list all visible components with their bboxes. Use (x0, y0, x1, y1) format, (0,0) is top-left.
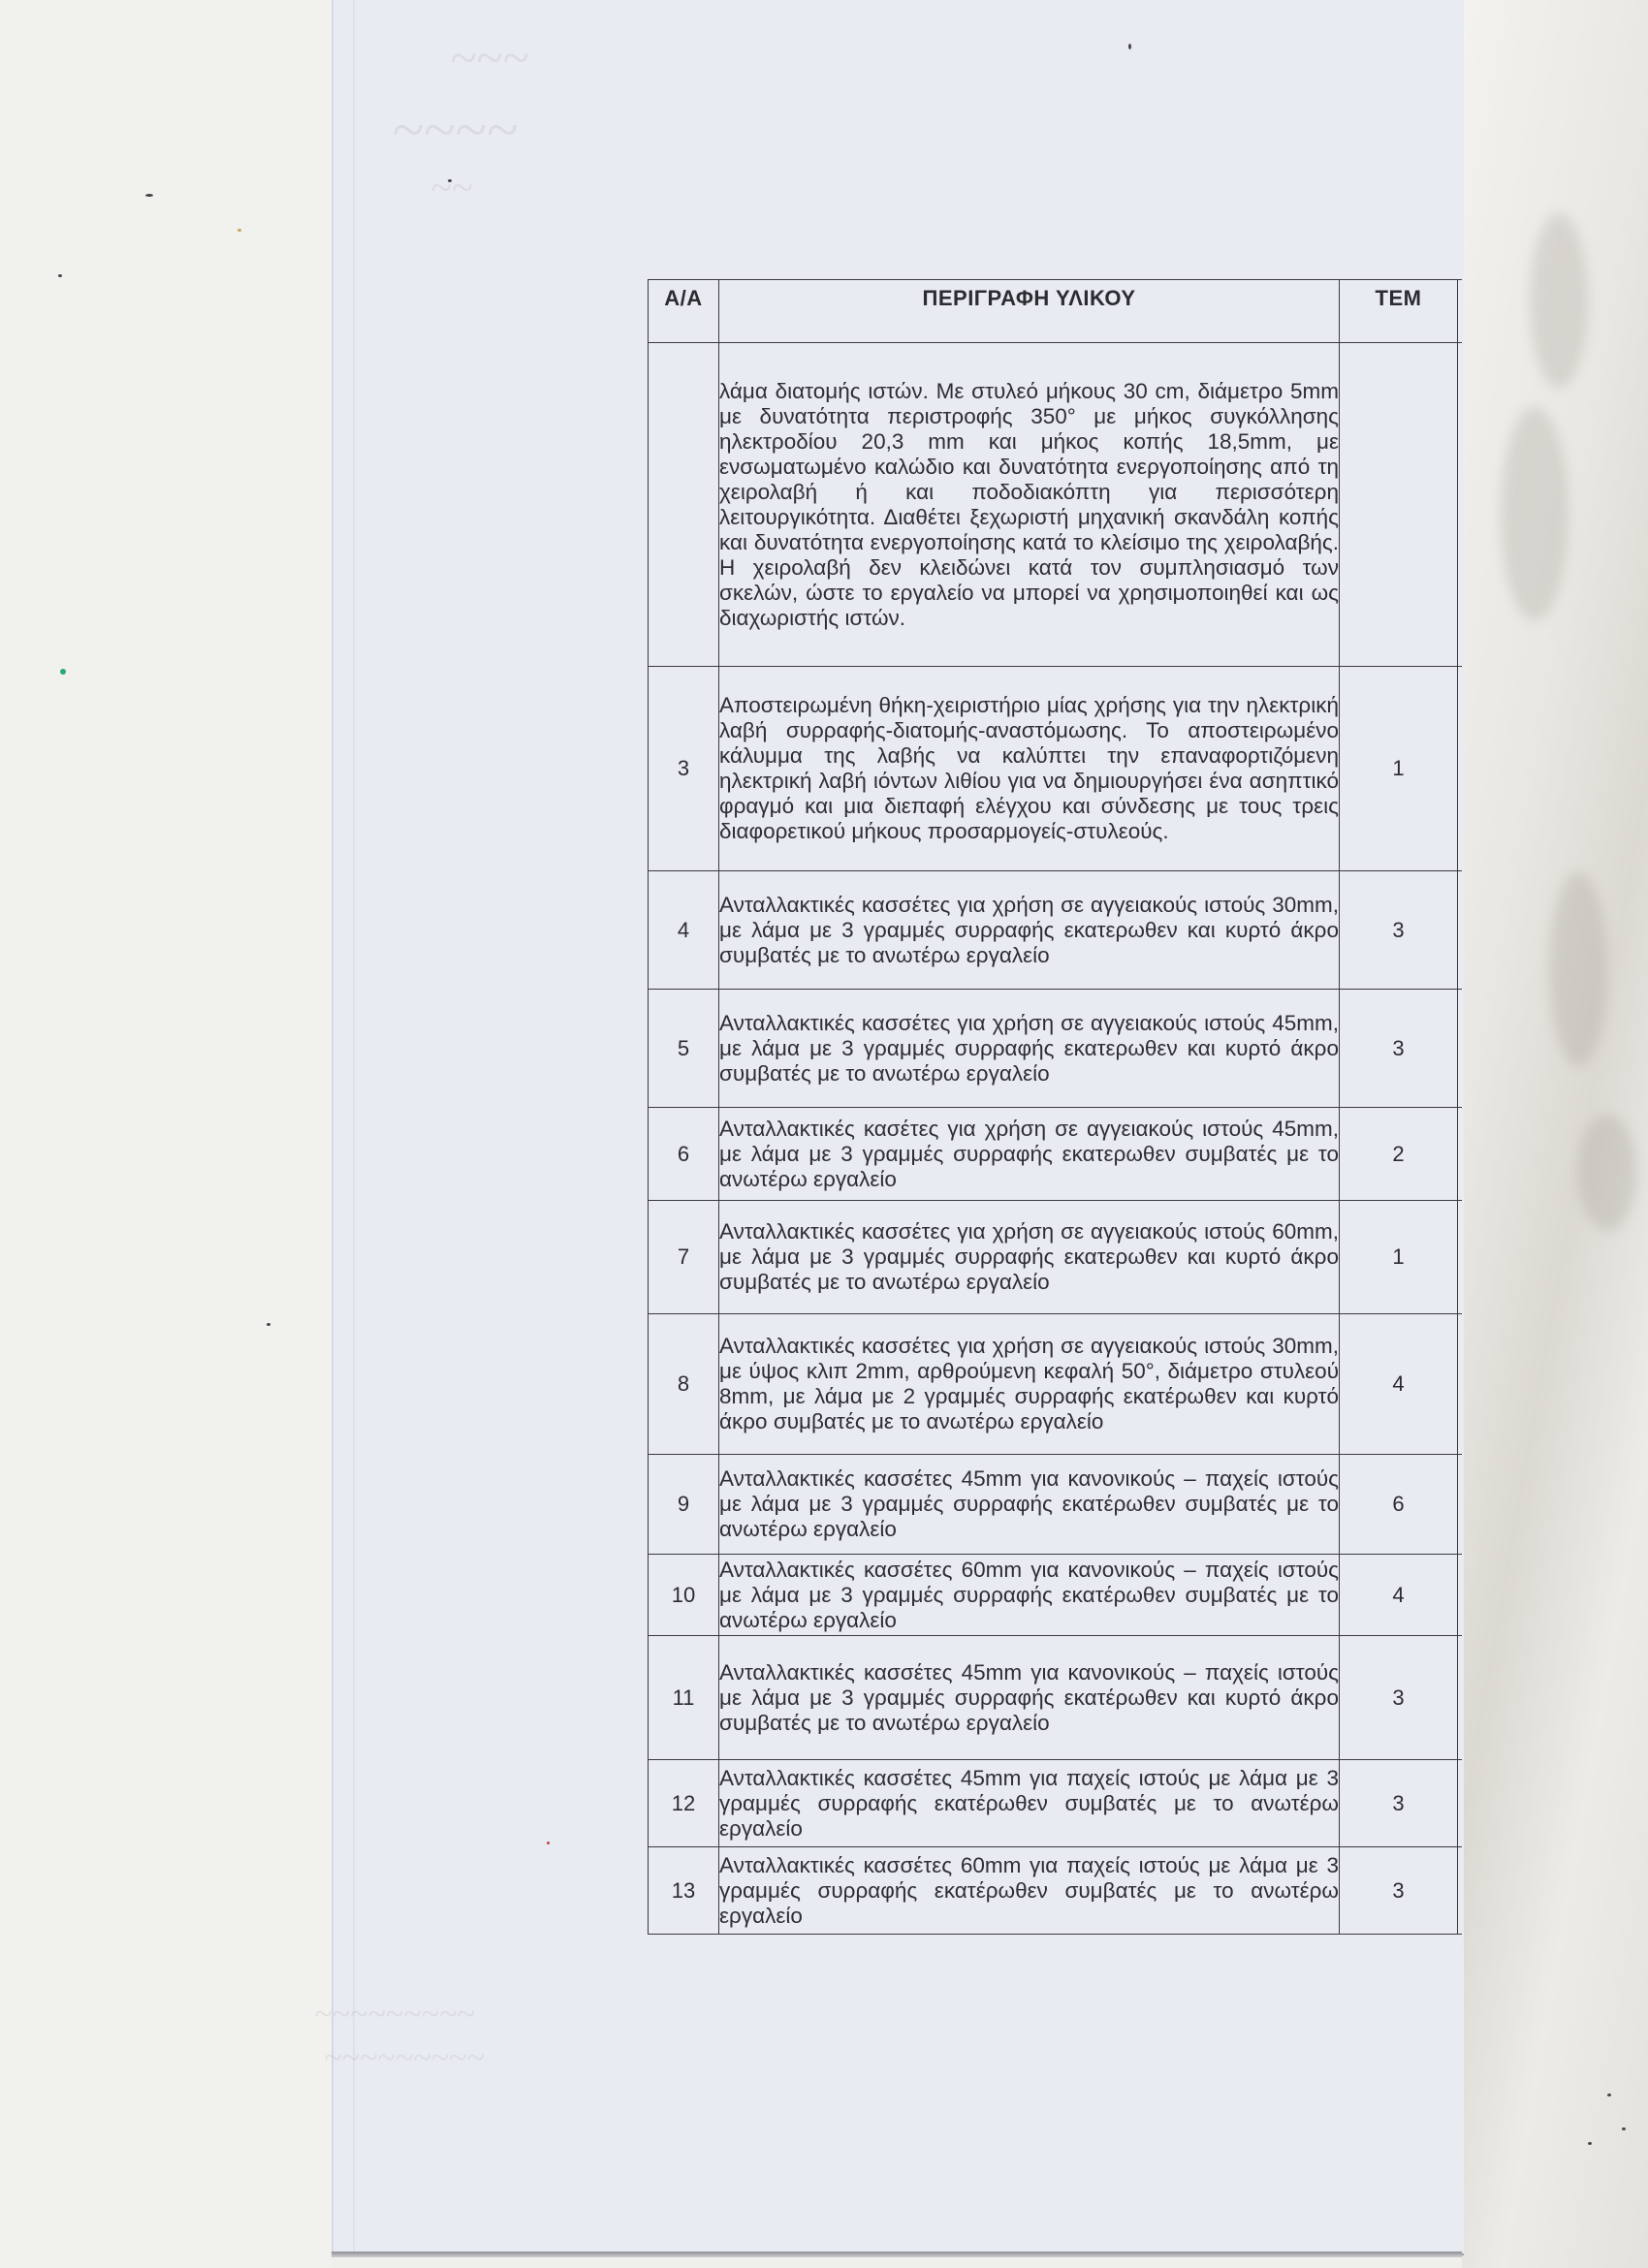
column-header-clipped (1458, 280, 1463, 343)
table-row: 3Αποστειρωμένη θήκη-χειριστήριο μίας χρή… (649, 667, 1463, 871)
dust-speck (1622, 2127, 1626, 2130)
smudge (1578, 1115, 1636, 1231)
clipped-cell (1458, 1636, 1463, 1760)
table-row: 8Ανταλλακτικές κασσέτες για χρήση σε αγγ… (649, 1314, 1463, 1455)
row-number: 3 (649, 667, 719, 871)
dust-speck (1128, 44, 1131, 49)
item-description: Ανταλλακτικές κασσέτες για χρήση σε αγγε… (719, 1314, 1340, 1455)
item-description: λάμα διατομής ιστών. Με στυλεό μήκους 30… (719, 343, 1340, 667)
table-row: 11Ανταλλακτικές κασσέτες 45mm για κανονι… (649, 1636, 1463, 1760)
item-quantity: 3 (1340, 1847, 1458, 1935)
bleed-through-mark: ~~~ (450, 29, 528, 85)
item-description: Ανταλλακτικές κασσέτες 60mm για παχείς ι… (719, 1847, 1340, 1935)
item-quantity: 4 (1340, 1314, 1458, 1455)
item-quantity: 3 (1340, 871, 1458, 990)
item-description: Ανταλλακτικές κασσέτες 45mm για κανονικο… (719, 1636, 1340, 1760)
clipped-cell (1458, 667, 1463, 871)
clipped-cell (1458, 990, 1463, 1108)
item-description: Αποστειρωμένη θήκη-χειριστήριο μίας χρήσ… (719, 667, 1340, 871)
row-number: 12 (649, 1760, 719, 1847)
row-number (649, 343, 719, 667)
row-number: 7 (649, 1201, 719, 1314)
page-bottom-edge (332, 2252, 1462, 2257)
table-row: 5Ανταλλακτικές κασσέτες για χρήση σε αγγ… (649, 990, 1463, 1108)
clipped-cell (1458, 1760, 1463, 1847)
item-description: Ανταλλακτικές κασσέτες για χρήση σε αγγε… (719, 871, 1340, 990)
row-number: 13 (649, 1847, 719, 1935)
item-quantity: 6 (1340, 1455, 1458, 1555)
bleed-through-mark: ~~~~ (392, 97, 518, 164)
clipped-cell (1458, 343, 1463, 667)
scanner-background-right (1462, 0, 1648, 2268)
item-quantity: 3 (1340, 1636, 1458, 1760)
materials-table-container: Α/Α ΠΕΡΙΓΡΑΦΗ ΥΛΙΚΟΥ ΤΕΜ λάμα διατομής ι… (648, 279, 1462, 1935)
table-row: 9Ανταλλακτικές κασσέτες 45mm για κανονικ… (649, 1455, 1463, 1555)
item-description: Ανταλλακτικές κασέτες για χρήση σε αγγει… (719, 1108, 1340, 1201)
item-quantity: 2 (1340, 1108, 1458, 1201)
bleed-through-mark: ~~~~~~~~~ (324, 2040, 485, 2077)
dust-speck (267, 1323, 270, 1326)
clipped-cell (1458, 1314, 1463, 1455)
item-quantity: 3 (1340, 990, 1458, 1108)
clipped-cell (1458, 1455, 1463, 1555)
table-row: 12Ανταλλακτικές κασσέτες 45mm για παχείς… (649, 1760, 1463, 1847)
item-description: Ανταλλακτικές κασσέτες για χρήση σε αγγε… (719, 990, 1340, 1108)
page-fold-line (353, 0, 355, 2253)
dust-speck (547, 1842, 550, 1844)
table-row: 4Ανταλλακτικές κασσέτες για χρήση σε αγγ… (649, 871, 1463, 990)
smudge (1549, 872, 1607, 1066)
bleed-through-mark: ~~ (430, 165, 472, 210)
item-quantity: 3 (1340, 1760, 1458, 1847)
table-row: λάμα διατομής ιστών. Με στυλεό μήκους 30… (649, 343, 1463, 667)
dust-speck (1588, 2142, 1592, 2145)
dust-speck (238, 229, 241, 232)
table-header-row: Α/Α ΠΕΡΙΓΡΑΦΗ ΥΛΙΚΟΥ ΤΕΜ (649, 280, 1463, 343)
dust-speck (145, 194, 153, 197)
ink-mark (60, 669, 66, 675)
clipped-cell (1458, 1108, 1463, 1201)
item-description: Ανταλλακτικές κασσέτες για χρήση σε αγγε… (719, 1201, 1340, 1314)
smudge (1530, 213, 1588, 388)
clipped-cell (1458, 1555, 1463, 1636)
item-quantity: 1 (1340, 667, 1458, 871)
row-number: 9 (649, 1455, 719, 1555)
smudge (1501, 407, 1569, 620)
item-quantity (1340, 343, 1458, 667)
dust-speck (58, 274, 62, 277)
table-row: 6Ανταλλακτικές κασέτες για χρήση σε αγγε… (649, 1108, 1463, 1201)
scanner-background-left (0, 0, 332, 2268)
row-number: 8 (649, 1314, 719, 1455)
item-quantity: 1 (1340, 1201, 1458, 1314)
table-row: 10Ανταλλακτικές κασσέτες 60mm για κανονι… (649, 1555, 1463, 1636)
clipped-cell (1458, 1201, 1463, 1314)
row-number: 4 (649, 871, 719, 990)
dust-speck (448, 179, 452, 182)
table-row: 7Ανταλλακτικές κασσέτες για χρήση σε αγγ… (649, 1201, 1463, 1314)
materials-table: Α/Α ΠΕΡΙΓΡΑΦΗ ΥΛΙΚΟΥ ΤΕΜ λάμα διατομής ι… (648, 279, 1462, 1935)
row-number: 11 (649, 1636, 719, 1760)
column-header-description: ΠΕΡΙΓΡΑΦΗ ΥΛΙΚΟΥ (719, 280, 1340, 343)
column-header-aa: Α/Α (649, 280, 719, 343)
column-header-quantity: ΤΕΜ (1340, 280, 1458, 343)
item-description: Ανταλλακτικές κασσέτες 60mm για κανονικο… (719, 1555, 1340, 1636)
table-row: 13Ανταλλακτικές κασσέτες 60mm για παχείς… (649, 1847, 1463, 1935)
row-number: 5 (649, 990, 719, 1108)
clipped-cell (1458, 871, 1463, 990)
item-description: Ανταλλακτικές κασσέτες 45mm για παχείς ι… (719, 1760, 1340, 1847)
item-description: Ανταλλακτικές κασσέτες 45mm για κανονικο… (719, 1455, 1340, 1555)
item-quantity: 4 (1340, 1555, 1458, 1636)
dust-speck (1607, 2094, 1611, 2096)
bleed-through-mark: ~~~~~~~~~ (314, 1997, 475, 2033)
row-number: 6 (649, 1108, 719, 1201)
row-number: 10 (649, 1555, 719, 1636)
clipped-cell (1458, 1847, 1463, 1935)
